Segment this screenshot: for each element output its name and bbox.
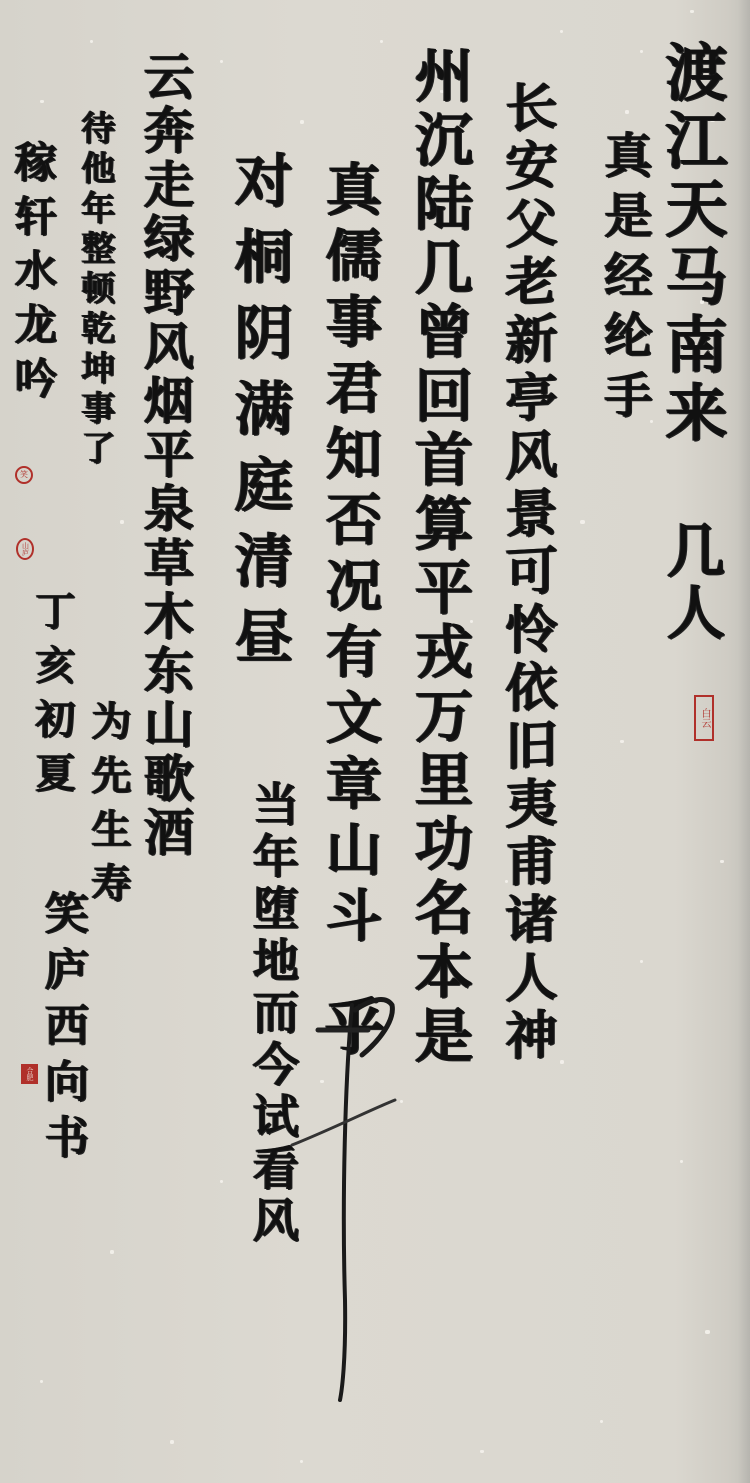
seal-right-text: 白云 [699,708,709,728]
calligraphy-column-6-cont: 当年堕地而今试看风 [250,780,296,1248]
calligraphy-column-8-cont: 为先生寿 [88,700,128,916]
calligraphy-column-4: 州沉陆几曾回首算平戎万里功名本是 [410,45,468,1069]
seal-left-oval: 山庐 [16,538,34,560]
calligraphy-column-2: 真是经纶手 [600,130,648,430]
seal-left-square: 合肥 [21,1064,38,1084]
calligraphy-column-5: 真儒事君知否况有文章山斗 [322,160,378,952]
scroll-paper: 渡江天马南来 几人 真是经纶手 长安父老新亭风景可怜依旧夷甫诸人神 州沉陆几曾回… [0,0,750,1483]
calligraphy-column-5-hu: 乎 [320,995,380,1059]
inscription-date: 丁亥初夏 [32,590,72,806]
calligraphy-column-1-end: 几人 [662,520,720,644]
seal-left-square-text: 合肥 [26,1067,33,1081]
calligraphy-column-3: 长安父老新亭风景可怜依旧夷甫诸人神 [500,79,552,1068]
calligraphy-column-7: 云奔走绿野风烟平泉草木东山歌酒 [140,50,190,860]
mount-edge [738,0,750,1483]
calligraphy-column-6: 对桐阴满庭清昼 [230,150,288,682]
seal-left-round-text: 笑 [20,471,28,479]
seal-right: 白云 [694,695,714,741]
calligraphy-column-8: 待他年整顿乾坤事了 [78,110,112,470]
seal-left-round: 笑 [15,466,33,484]
inscription-signature: 笑庐西向书 [40,890,84,1170]
inscription-title: 稼轩水龙吟 [12,140,54,410]
seal-left-oval-text: 山庐 [22,542,29,556]
calligraphy-column-1: 渡江天马南来 [660,40,722,448]
